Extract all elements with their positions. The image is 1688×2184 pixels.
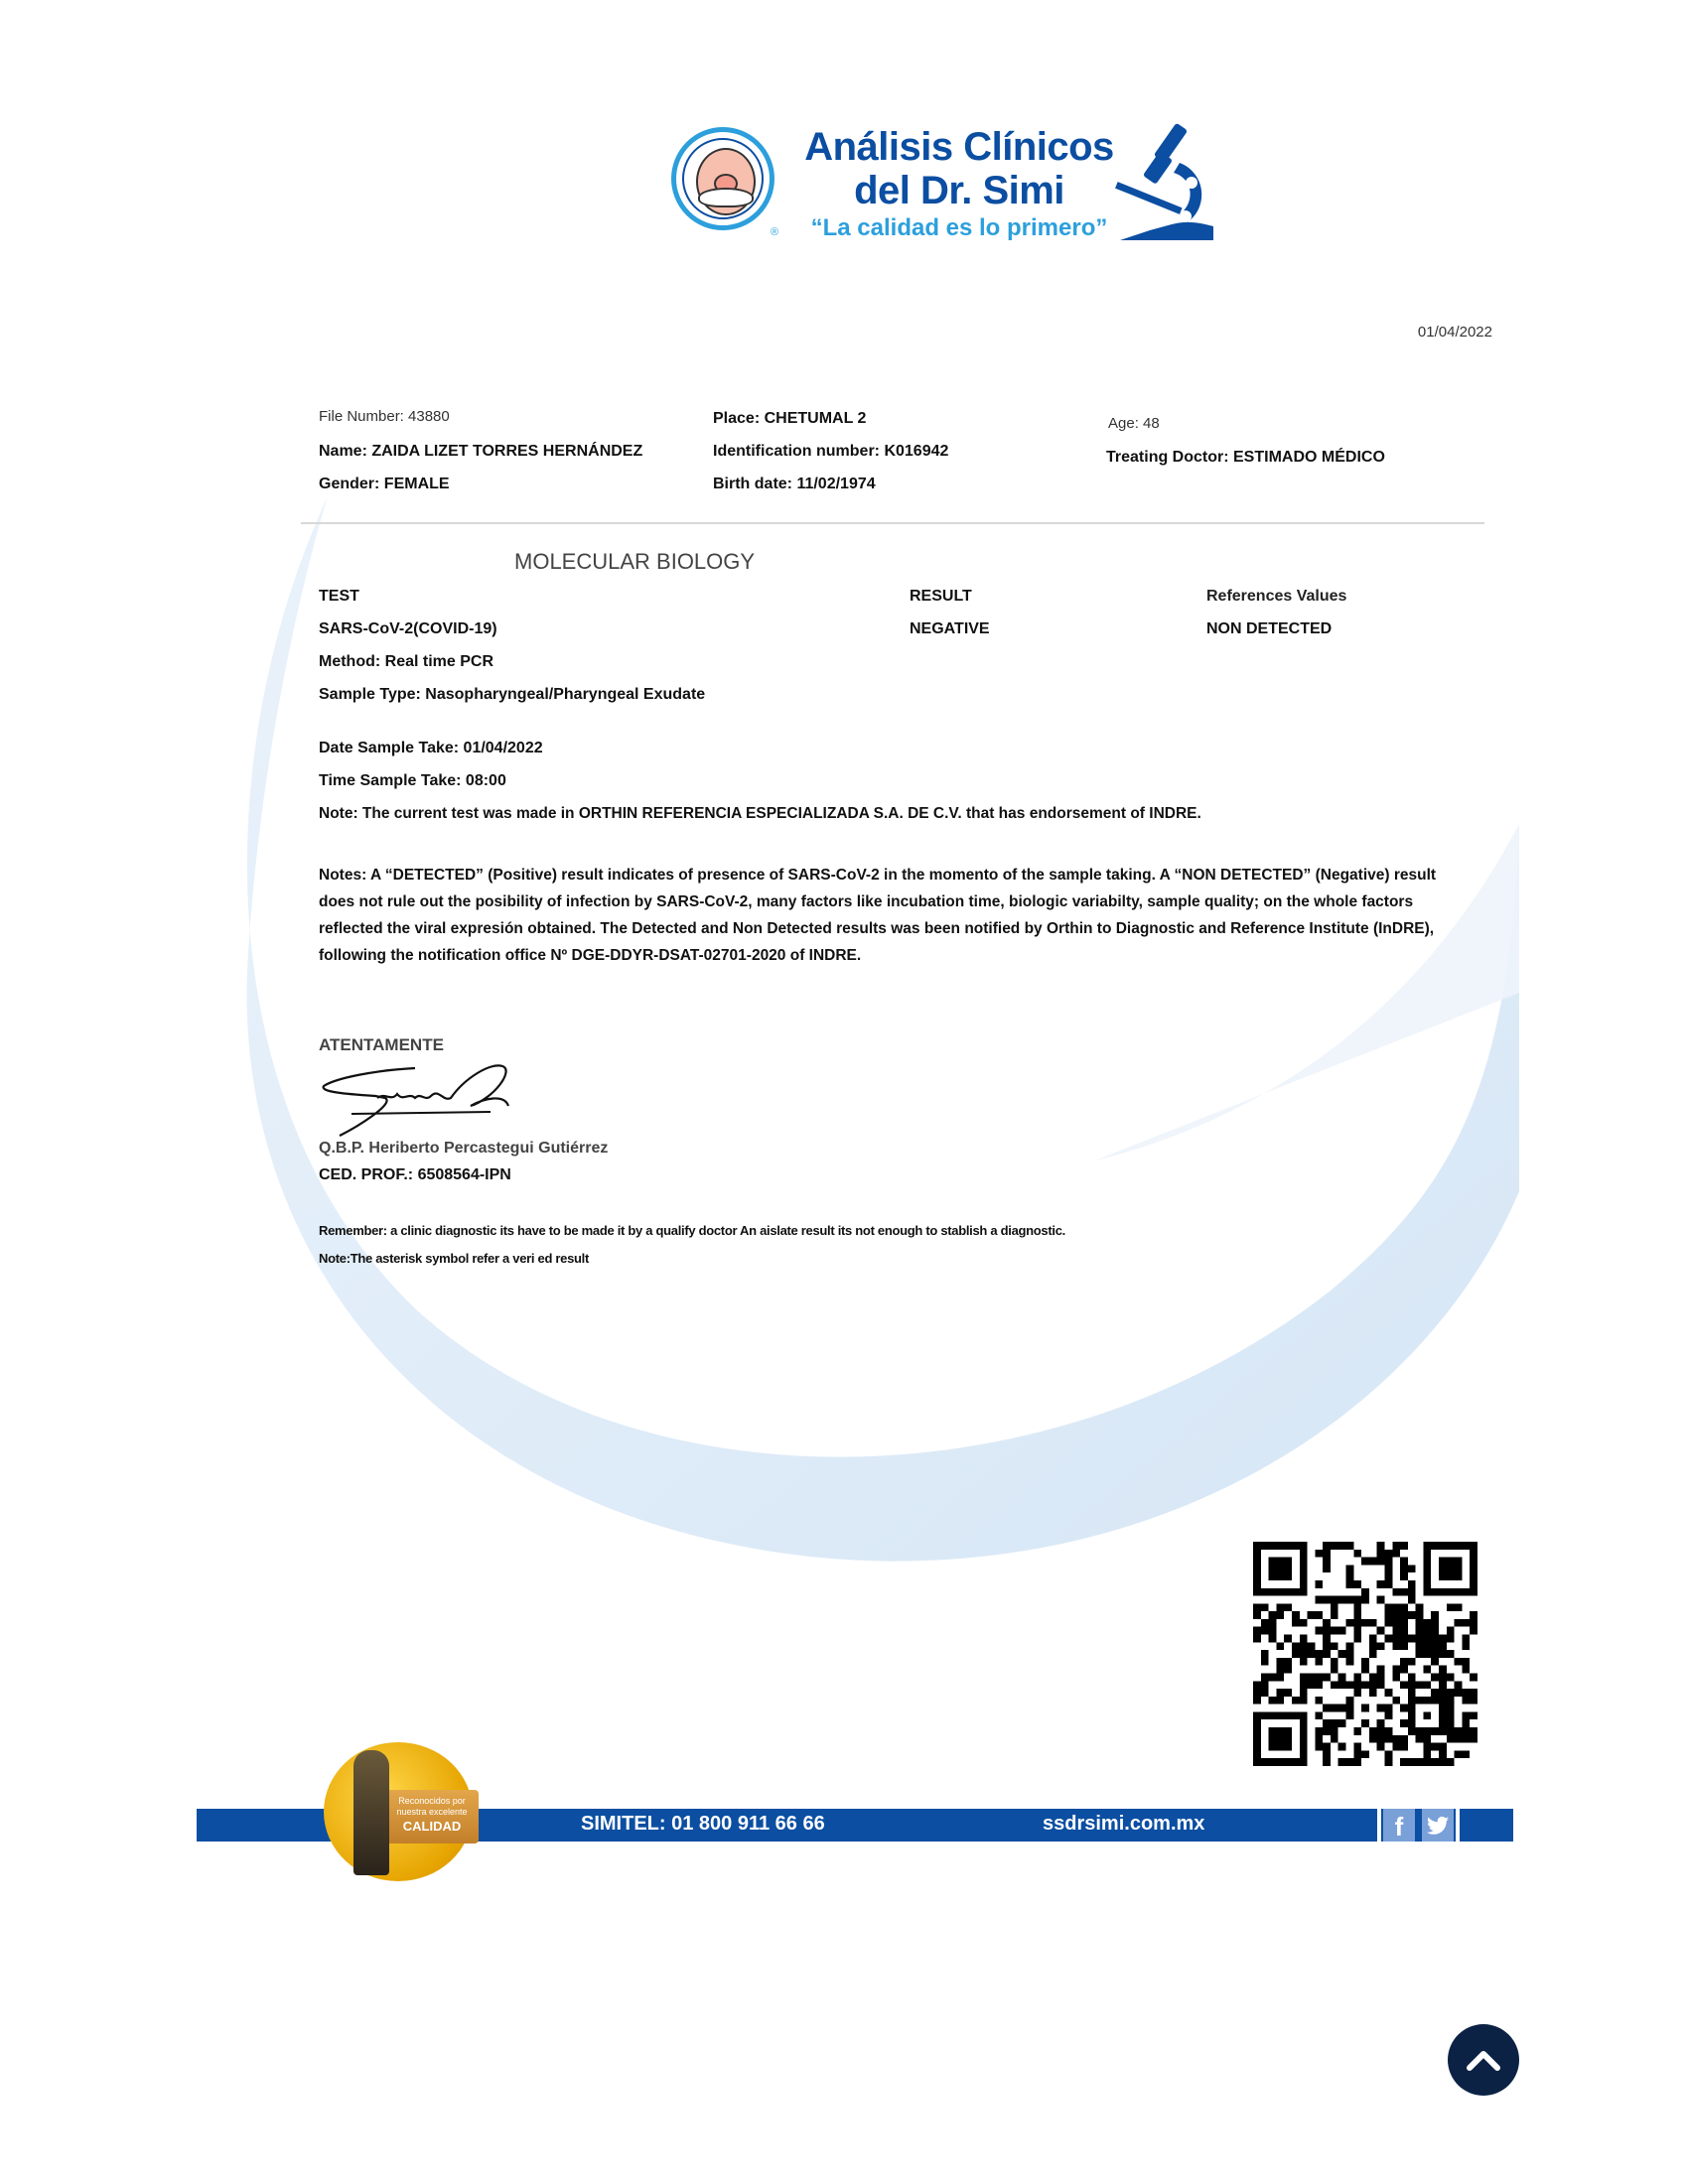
report-date: 01/04/2022 bbox=[1418, 324, 1492, 341]
facebook-icon[interactable]: f bbox=[1383, 1809, 1415, 1842]
patient-gender: Gender: FEMALE bbox=[319, 476, 450, 493]
disclaimer-note: Note:The asterisk symbol refer a veri ed… bbox=[319, 1251, 589, 1266]
scroll-to-top-button[interactable] bbox=[1448, 2024, 1519, 2096]
column-reference: References Values bbox=[1206, 588, 1346, 606]
signer-name: Q.B.P. Heriberto Percastegui Gutiérrez bbox=[319, 1140, 608, 1158]
lab-note: Note: The current test was made in ORTHI… bbox=[319, 805, 1201, 823]
interpretation-notes: Notes: A “DETECTED” (Positive) result in… bbox=[319, 862, 1451, 969]
patient-name: Name: ZAIDA LIZET TORRES HERNÁNDEZ bbox=[319, 443, 642, 461]
patient-age: Age: 48 bbox=[1108, 415, 1160, 432]
band-separator bbox=[1377, 1809, 1381, 1842]
registered-mark: ® bbox=[771, 226, 778, 238]
test-method: Method: Real time PCR bbox=[319, 653, 493, 671]
test-reference: NON DETECTED bbox=[1206, 620, 1332, 638]
footer-phone[interactable]: SIMITEL: 01 800 911 66 66 bbox=[581, 1813, 825, 1836]
chevron-up-icon bbox=[1466, 2044, 1501, 2074]
clinic-logo: ® Análisis Clínicos del Dr. Simi “La cal… bbox=[663, 119, 1219, 258]
treating-doctor: Treating Doctor: ESTIMADO MÉDICO bbox=[1106, 449, 1385, 467]
trophy-icon bbox=[353, 1750, 389, 1875]
logo-slogan: “La calidad es lo primero” bbox=[790, 214, 1128, 242]
quality-award-badge: Reconocidos por nuestra excelente CALIDA… bbox=[324, 1742, 479, 1881]
signature-image bbox=[316, 1058, 564, 1138]
section-title: MOLECULAR BIOLOGY bbox=[514, 549, 755, 575]
test-result: NEGATIVE bbox=[910, 620, 990, 638]
signature-label: ATENTAMENTE bbox=[319, 1035, 444, 1055]
time-sample-take: Time Sample Take: 08:00 bbox=[319, 772, 506, 790]
place: Place: CHETUMAL 2 bbox=[713, 410, 866, 428]
qr-code bbox=[1253, 1542, 1477, 1766]
award-plate: Reconocidos por nuestra excelente CALIDA… bbox=[385, 1790, 479, 1843]
column-result: RESULT bbox=[910, 588, 972, 606]
sample-type: Sample Type: Nasopharyngeal/Pharyngeal E… bbox=[319, 686, 705, 704]
twitter-icon[interactable] bbox=[1422, 1809, 1454, 1842]
column-test: TEST bbox=[319, 588, 359, 606]
footer-website[interactable]: ssdrsimi.com.mx bbox=[1043, 1813, 1204, 1836]
dr-simi-face-icon bbox=[671, 127, 774, 230]
microscope-icon bbox=[1110, 119, 1219, 248]
test-name: SARS-CoV-2(COVID-19) bbox=[319, 620, 497, 638]
identification-number: Identification number: K016942 bbox=[713, 443, 948, 461]
band-separator bbox=[1456, 1809, 1460, 1842]
birth-date: Birth date: 11/02/1974 bbox=[713, 476, 876, 493]
date-sample-take: Date Sample Take: 01/04/2022 bbox=[319, 740, 543, 757]
disclaimer-remember: Remember: a clinic diagnostic its have t… bbox=[319, 1223, 1065, 1238]
professional-id: CED. PROF.: 6508564-IPN bbox=[319, 1166, 511, 1184]
header-divider bbox=[301, 522, 1484, 524]
file-number: File Number: 43880 bbox=[319, 408, 450, 425]
logo-title: Análisis Clínicos del Dr. Simi bbox=[790, 125, 1128, 212]
